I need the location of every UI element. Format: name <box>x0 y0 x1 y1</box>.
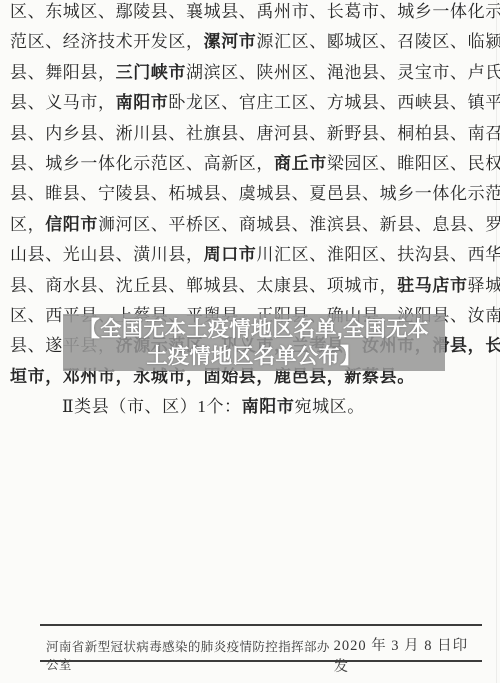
document-line: 县、义马市，南阳市卧龙区、官庄工区、方城县、西峡县、镇平 <box>10 88 491 118</box>
document-line: 县、舞阳县，三门峡市湖滨区、陕州区、渑池县、灵宝市、卢氏 <box>10 58 491 88</box>
text-segment: 梁园区、睢阳区、民权 <box>327 154 500 173</box>
document-line: 县、内乡县、淅川县、社旗县、唐河县、新野县、桐柏县、南召 <box>10 119 491 149</box>
document-line: 县、睢县、宁陵县、柘城县、虞城县、夏邑县、城乡一体化示范 <box>10 179 491 209</box>
text-segment: Ⅱ类县（市、区）1个： <box>62 397 242 416</box>
footer: 河南省新型冠状病毒感染的肺炎疫情防控指挥部办公室 2020 年 3 月 8 日印… <box>46 634 473 676</box>
text-segment: 湖滨区、陕州区、渑池县、灵宝市、卢氏 <box>186 63 500 82</box>
text-segment: 县、内乡县、淅川县、社旗县、唐河县、新野县、桐柏县、南召 <box>10 124 500 143</box>
scanned-document-page: 区、东城区、鄢陵县、襄城县、禹州市、长葛市、城乡一体化示范区、经济技术开发区，漯… <box>0 0 500 683</box>
footer-bottom-rule <box>40 660 482 662</box>
text-segment: 县、舞阳县， <box>10 63 116 82</box>
text-segment: 漯河市 <box>204 32 257 51</box>
document-line: 区、东城区、鄢陵县、襄城县、禹州市、长葛市、城乡一体化示 <box>10 0 491 27</box>
caption-overlay: 【全国无本土疫情地区名单,全国无本 土疫情地区名单公布】 <box>63 314 445 371</box>
text-segment: 浉河区、平桥区、商城县、淮滨县、新县、息县、罗 <box>98 215 500 234</box>
footer-top-rule <box>40 624 482 626</box>
text-segment: 三门峡市 <box>116 63 186 82</box>
text-segment: 驻马店市 <box>397 276 467 295</box>
text-segment: 南阳市 <box>116 93 169 112</box>
text-segment: 南阳市 <box>242 397 295 416</box>
scan-edge-shadow <box>496 0 497 683</box>
document-line: Ⅱ类县（市、区）1个：南阳市宛城区。 <box>10 392 491 422</box>
document-line: 范区、经济技术开发区，漯河市源汇区、郾城区、召陵区、临颍 <box>10 27 491 57</box>
text-segment: 周口市 <box>204 245 257 264</box>
text-segment: 源汇区、郾城区、召陵区、临颍 <box>256 32 500 51</box>
document-line: 县、商水县、沈丘县、郸城县、太康县、项城市，驻马店市驿城 <box>10 271 491 301</box>
document-line: 县、城乡一体化示范区、高新区，商丘市梁园区、睢阳区、民权 <box>10 149 491 179</box>
footer-issuer: 河南省新型冠状病毒感染的肺炎疫情防控指挥部办公室 <box>46 637 334 673</box>
text-segment: 川汇区、淮阳区、扶沟县、西华 <box>256 245 500 264</box>
text-segment: 商丘市 <box>274 154 327 173</box>
caption-line-2: 土疫情地区名单公布】 <box>63 343 445 370</box>
text-segment: 县、义马市， <box>10 93 116 112</box>
text-segment: 宛城区。 <box>294 397 364 416</box>
document-line: 区，信阳市浉河区、平桥区、商城县、淮滨县、新县、息县、罗 <box>10 210 491 240</box>
text-segment: 县、城乡一体化示范区、高新区， <box>10 154 274 173</box>
document-line: 山县、光山县、潢川县，周口市川汇区、淮阳区、扶沟县、西华 <box>10 240 491 270</box>
text-segment: 县、商水县、沈丘县、郸城县、太康县、项城市， <box>10 276 397 295</box>
text-segment: 范区、经济技术开发区， <box>10 32 204 51</box>
footer-print-date: 2020 年 3 月 8 日印发 <box>334 634 473 676</box>
caption-line-1: 【全国无本土疫情地区名单,全国无本 <box>63 316 445 343</box>
text-segment: 区、东城区、鄢陵县、襄城县、禹州市、长葛市、城乡一体化示 <box>10 2 500 21</box>
text-segment: 信阳市 <box>45 215 98 234</box>
text-segment: 山县、光山县、潢川县， <box>10 245 204 264</box>
text-segment: 卧龙区、官庄工区、方城县、西峡县、镇平 <box>168 93 500 112</box>
text-segment: 县、睢县、宁陵县、柘城县、虞城县、夏邑县、城乡一体化示范 <box>10 184 500 203</box>
text-segment: 区， <box>10 215 45 234</box>
